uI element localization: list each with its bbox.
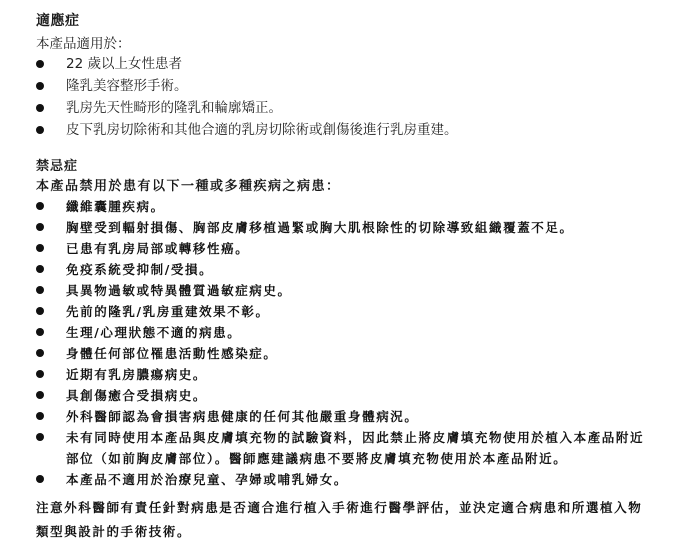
indications-heading: 適應症 (36, 10, 80, 30)
list-item: 乳房先天性畸形的隆乳和輪廓矯正。 (36, 97, 458, 119)
bullet-icon (36, 391, 44, 399)
bullet-icon (36, 286, 44, 294)
indications-intro: 本產品適用於： (36, 32, 131, 52)
contraindications-list: 纖維囊腫疾病。 胸壁受到輻射損傷、胸部皮膚移植過緊或胸大肌根除性的切除導致組織覆… (36, 196, 644, 490)
list-item: 免疫系統受抑制/受損。 (36, 259, 644, 280)
list-item: 先前的隆乳/乳房重建效果不彰。 (36, 301, 644, 322)
bullet-icon (36, 202, 44, 210)
contraindications-intro: 本產品禁用於患有以下一種或多種疾病之病患： (36, 175, 341, 194)
bullet-icon (36, 370, 44, 378)
list-item: 生理/心理狀態不適的病患。 (36, 322, 644, 343)
indications-list: 22 歲以上女性患者 隆乳美容整形手術。 乳房先天性畸形的隆乳和輪廓矯正。 皮下… (36, 53, 458, 141)
list-item: 胸壁受到輻射損傷、胸部皮膚移植過緊或胸大肌根除性的切除導致組織覆蓋不足。 (36, 217, 644, 238)
list-item: 近期有乳房膿瘍病史。 (36, 364, 644, 385)
list-item: 具創傷癒合受損病史。 (36, 385, 644, 406)
list-item: 皮下乳房切除術和其他合適的乳房切除術或創傷後進行乳房重建。 (36, 119, 458, 141)
surgeon-note: 注意外科醫師有責任針對病患是否適合進行植入手術進行醫學評估，並決定適合病患和所選… (36, 496, 676, 544)
list-item: 本產品不適用於治療兒童、孕婦或哺乳婦女。 (36, 469, 644, 490)
bullet-icon (36, 412, 44, 420)
bullet-icon (36, 328, 44, 336)
list-item: 未有同時使用本產品與皮膚填充物的試驗資料，因此禁止將皮膚填充物使用於植入本產品附… (36, 427, 644, 469)
document-page: 適應症 本產品適用於： 22 歲以上女性患者 隆乳美容整形手術。 乳房先天性畸形… (0, 0, 696, 551)
list-item: 已患有乳房局部或轉移性癌。 (36, 238, 644, 259)
bullet-icon (36, 265, 44, 273)
bullet-icon (36, 223, 44, 231)
list-item: 纖維囊腫疾病。 (36, 196, 644, 217)
list-item: 身體任何部位罹患活動性感染症。 (36, 343, 644, 364)
bullet-icon (36, 349, 44, 357)
bullet-icon (36, 433, 44, 441)
list-item: 外科醫師認為會損害病患健康的任何其他嚴重身體病況。 (36, 406, 644, 427)
bullet-icon (36, 126, 44, 134)
list-item: 具異物過敏或特異體質過敏症病史。 (36, 280, 644, 301)
bullet-icon (36, 104, 44, 112)
bullet-icon (36, 307, 44, 315)
contraindications-heading: 禁忌症 (36, 155, 78, 174)
bullet-icon (36, 60, 44, 68)
bullet-icon (36, 475, 44, 483)
list-item: 隆乳美容整形手術。 (36, 75, 458, 97)
bullet-icon (36, 244, 44, 252)
list-item: 22 歲以上女性患者 (36, 53, 458, 75)
bullet-icon (36, 82, 44, 90)
